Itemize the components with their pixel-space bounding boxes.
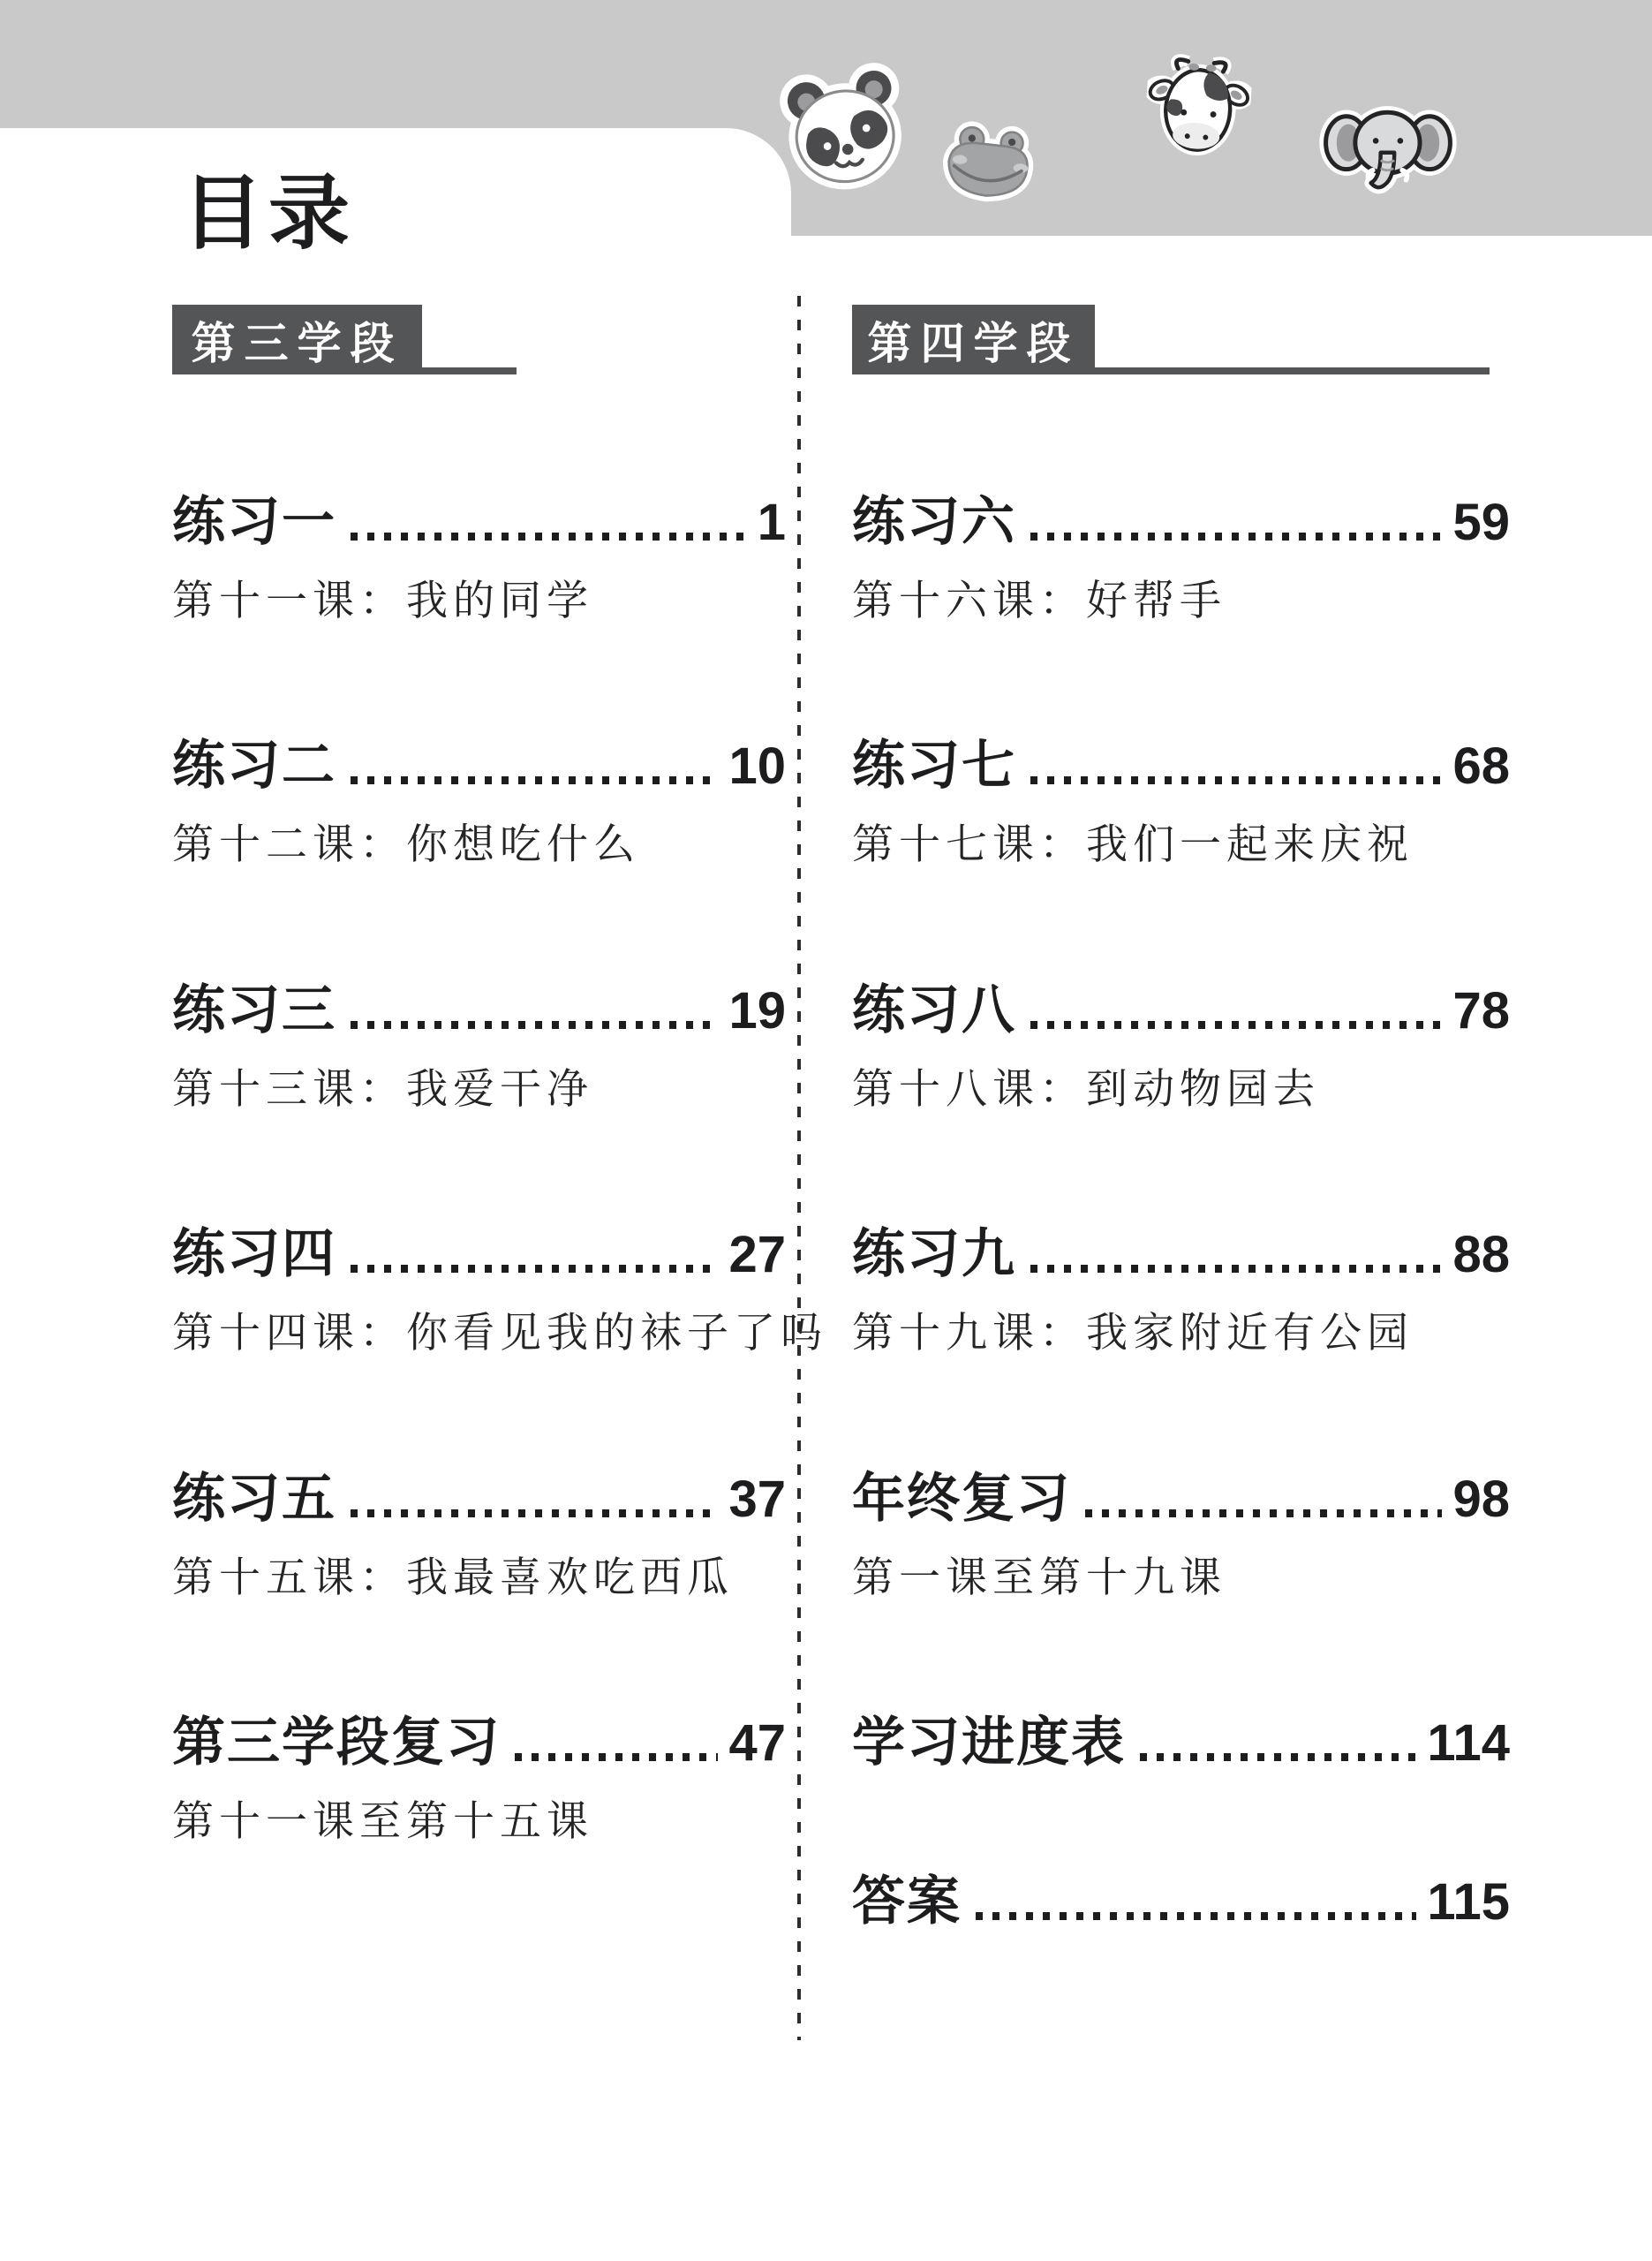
entry-page-number: 68 — [1452, 741, 1510, 792]
toc-entry: 练习三 19 第十三课：我爱干净 — [172, 973, 786, 1115]
dot-leader — [351, 776, 718, 784]
entry-page-number: 19 — [728, 986, 786, 1037]
entry-title: 第三学段复习 — [172, 1716, 501, 1769]
dot-leader — [1030, 776, 1442, 784]
entry-page-number: 78 — [1452, 986, 1510, 1037]
entry-subtitle: 第十四课：你看见我的袜子了吗 — [172, 1309, 786, 1358]
toc-entry: 练习九 88 第十九课：我家附近有公园 — [852, 1217, 1510, 1358]
entry-subtitle: 第十八课：到动物园去 — [852, 1065, 1510, 1115]
section-underline — [422, 367, 517, 374]
section-header: 第四学段 — [852, 305, 1510, 374]
dot-leader — [515, 1753, 718, 1761]
toc-column-stage4: 第四学段 练习六 59 第十六课：好帮手 练习七 68 第十七课：我们一起来庆祝… — [852, 305, 1510, 2023]
page-title: 目录 — [182, 173, 355, 254]
toc-column-stage3: 第三学段 练习一 1 第十一课：我的同学 练习二 10 第十二课：你想吃什么 练… — [172, 305, 786, 1949]
dot-leader — [1030, 1021, 1442, 1029]
dot-leader — [1140, 1753, 1416, 1761]
dot-leader — [351, 1021, 718, 1029]
entry-page-number: 114 — [1427, 1718, 1510, 1769]
toc-entry: 练习七 68 第十七课：我们一起来庆祝 — [852, 729, 1510, 870]
dot-leader — [1085, 1509, 1442, 1517]
toc-entry: 练习一 1 第十一课：我的同学 — [172, 485, 786, 626]
entry-page-number: 59 — [1452, 497, 1510, 548]
panda-icon — [769, 56, 917, 203]
entry-page-number: 115 — [1427, 1877, 1510, 1928]
entry-subtitle: 第十五课：我最喜欢吃西瓜 — [172, 1554, 786, 1603]
entry-subtitle: 第十六课：好帮手 — [852, 577, 1510, 626]
entry-title: 练习七 — [852, 739, 1016, 792]
entry-title: 练习二 — [172, 739, 336, 792]
entry-page-number: 1 — [758, 497, 786, 548]
section-underline — [1095, 367, 1490, 374]
entry-title: 答案 — [852, 1875, 962, 1928]
entry-title: 学习进度表 — [852, 1716, 1126, 1769]
entry-page-number: 10 — [728, 741, 786, 792]
column-divider — [797, 296, 801, 2040]
entry-subtitle: 第十七课：我们一起来庆祝 — [852, 820, 1510, 870]
entry-page-number: 88 — [1452, 1229, 1510, 1281]
toc-entry: 练习四 27 第十四课：你看见我的袜子了吗 — [172, 1217, 786, 1358]
entry-page-number: 27 — [728, 1229, 786, 1281]
cow-icon — [1142, 42, 1254, 170]
entry-page-number: 98 — [1452, 1474, 1510, 1525]
toc-entry: 练习八 78 第十八课：到动物园去 — [852, 973, 1510, 1115]
entry-subtitle: 第十三课：我爱干净 — [172, 1065, 786, 1115]
dot-leader — [351, 1509, 718, 1517]
toc-entry: 第三学段复习 47 第十一课至第十五课 — [172, 1705, 786, 1847]
entry-subtitle: 第一课至第十九课 — [852, 1554, 1510, 1603]
section-header: 第三学段 — [172, 305, 786, 374]
toc-entry: 年终复习 98 第一课至第十九课 — [852, 1462, 1510, 1603]
entry-subtitle: 第十一课至第十五课 — [172, 1797, 786, 1847]
entry-title: 练习三 — [172, 984, 336, 1037]
header-band-notch — [0, 128, 791, 237]
toc-entry: 学习进度表 114 — [852, 1705, 1510, 1769]
dot-leader — [351, 533, 747, 541]
toc-entry: 练习六 59 第十六课：好帮手 — [852, 485, 1510, 626]
entry-title: 练习五 — [172, 1472, 336, 1525]
entry-subtitle: 第十一课：我的同学 — [172, 577, 786, 626]
entry-subtitle: 第十二课：你想吃什么 — [172, 820, 786, 870]
dot-leader — [976, 1912, 1416, 1920]
dot-leader — [351, 1265, 718, 1273]
entry-title: 练习一 — [172, 495, 336, 548]
entry-page-number: 37 — [728, 1474, 786, 1525]
frog-icon — [932, 109, 1046, 220]
entry-title: 练习八 — [852, 984, 1016, 1037]
elephant-icon — [1317, 92, 1459, 200]
entry-title: 年终复习 — [852, 1472, 1071, 1525]
entry-subtitle: 第十九课：我家附近有公园 — [852, 1309, 1510, 1358]
entry-page-number: 47 — [728, 1718, 786, 1769]
toc-entry: 练习二 10 第十二课：你想吃什么 — [172, 729, 786, 870]
section-title: 第三学段 — [172, 305, 422, 374]
entry-title: 练习九 — [852, 1228, 1016, 1281]
toc-entry: 答案 115 — [852, 1864, 1510, 1928]
toc-entry: 练习五 37 第十五课：我最喜欢吃西瓜 — [172, 1462, 786, 1603]
dot-leader — [1030, 533, 1442, 541]
toc-page: 目录 第三学段 练习一 1 第十一课：我的同学 练习二 10 第十二课：你想吃什… — [0, 0, 1652, 2261]
entry-title: 练习四 — [172, 1228, 336, 1281]
section-title: 第四学段 — [852, 305, 1095, 374]
dot-leader — [1030, 1265, 1442, 1273]
entry-title: 练习六 — [852, 495, 1016, 548]
